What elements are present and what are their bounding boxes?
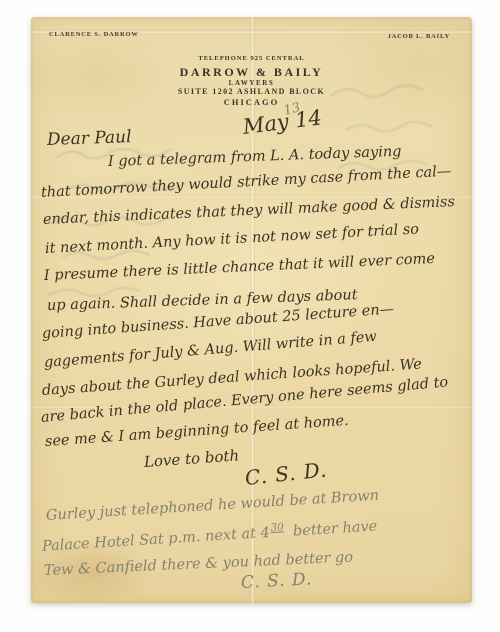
valediction: Love to both — [143, 446, 239, 471]
body-line-1: I got a telegram from L. A. today saying — [108, 144, 402, 170]
postscript-line-2: Palace Hotel Sat p.m. next at 430better … — [41, 516, 377, 555]
salutation: Dear Paul — [47, 127, 132, 150]
letterhead-telephone: TELEPHONE 925 CENTRAL — [31, 55, 472, 62]
letterhead-city: CHICAGO — [31, 97, 472, 107]
postscript-line-2-tail: better have — [293, 518, 378, 539]
letterhead-address: SUITE 1202 ASHLAND BLOCK — [31, 87, 472, 96]
letterhead-attorney-left: CLARENCE S. DARROW — [49, 31, 139, 38]
postscript-time-fraction: 30 — [270, 521, 284, 534]
handwritten-date: May 14 — [242, 105, 324, 138]
scanned-letter-page: CLARENCE S. DARROW JACOB L. BAILY TELEPH… — [0, 0, 500, 632]
postscript-line-2-text: Palace Hotel Sat p.m. next at 4 — [42, 525, 271, 555]
letterhead-attorney-right: JACOB L. BAILY — [388, 33, 450, 40]
signature-initials: C. S. D. — [244, 457, 329, 490]
letter-paper-sheet: CLARENCE S. DARROW JACOB L. BAILY TELEPH… — [31, 17, 472, 603]
letterhead-firm-name: DARROW & BAILY — [31, 65, 472, 80]
body-line-2: that tomorrow they would strike my case … — [41, 164, 452, 201]
postscript-signature: C. S. D. — [240, 569, 312, 593]
letterhead-firm-type: LAWYERS — [31, 79, 472, 87]
body-line-5: I presume there is little chance that it… — [44, 251, 436, 284]
body-line-4: it next month. Any how it is not now set… — [45, 221, 420, 257]
